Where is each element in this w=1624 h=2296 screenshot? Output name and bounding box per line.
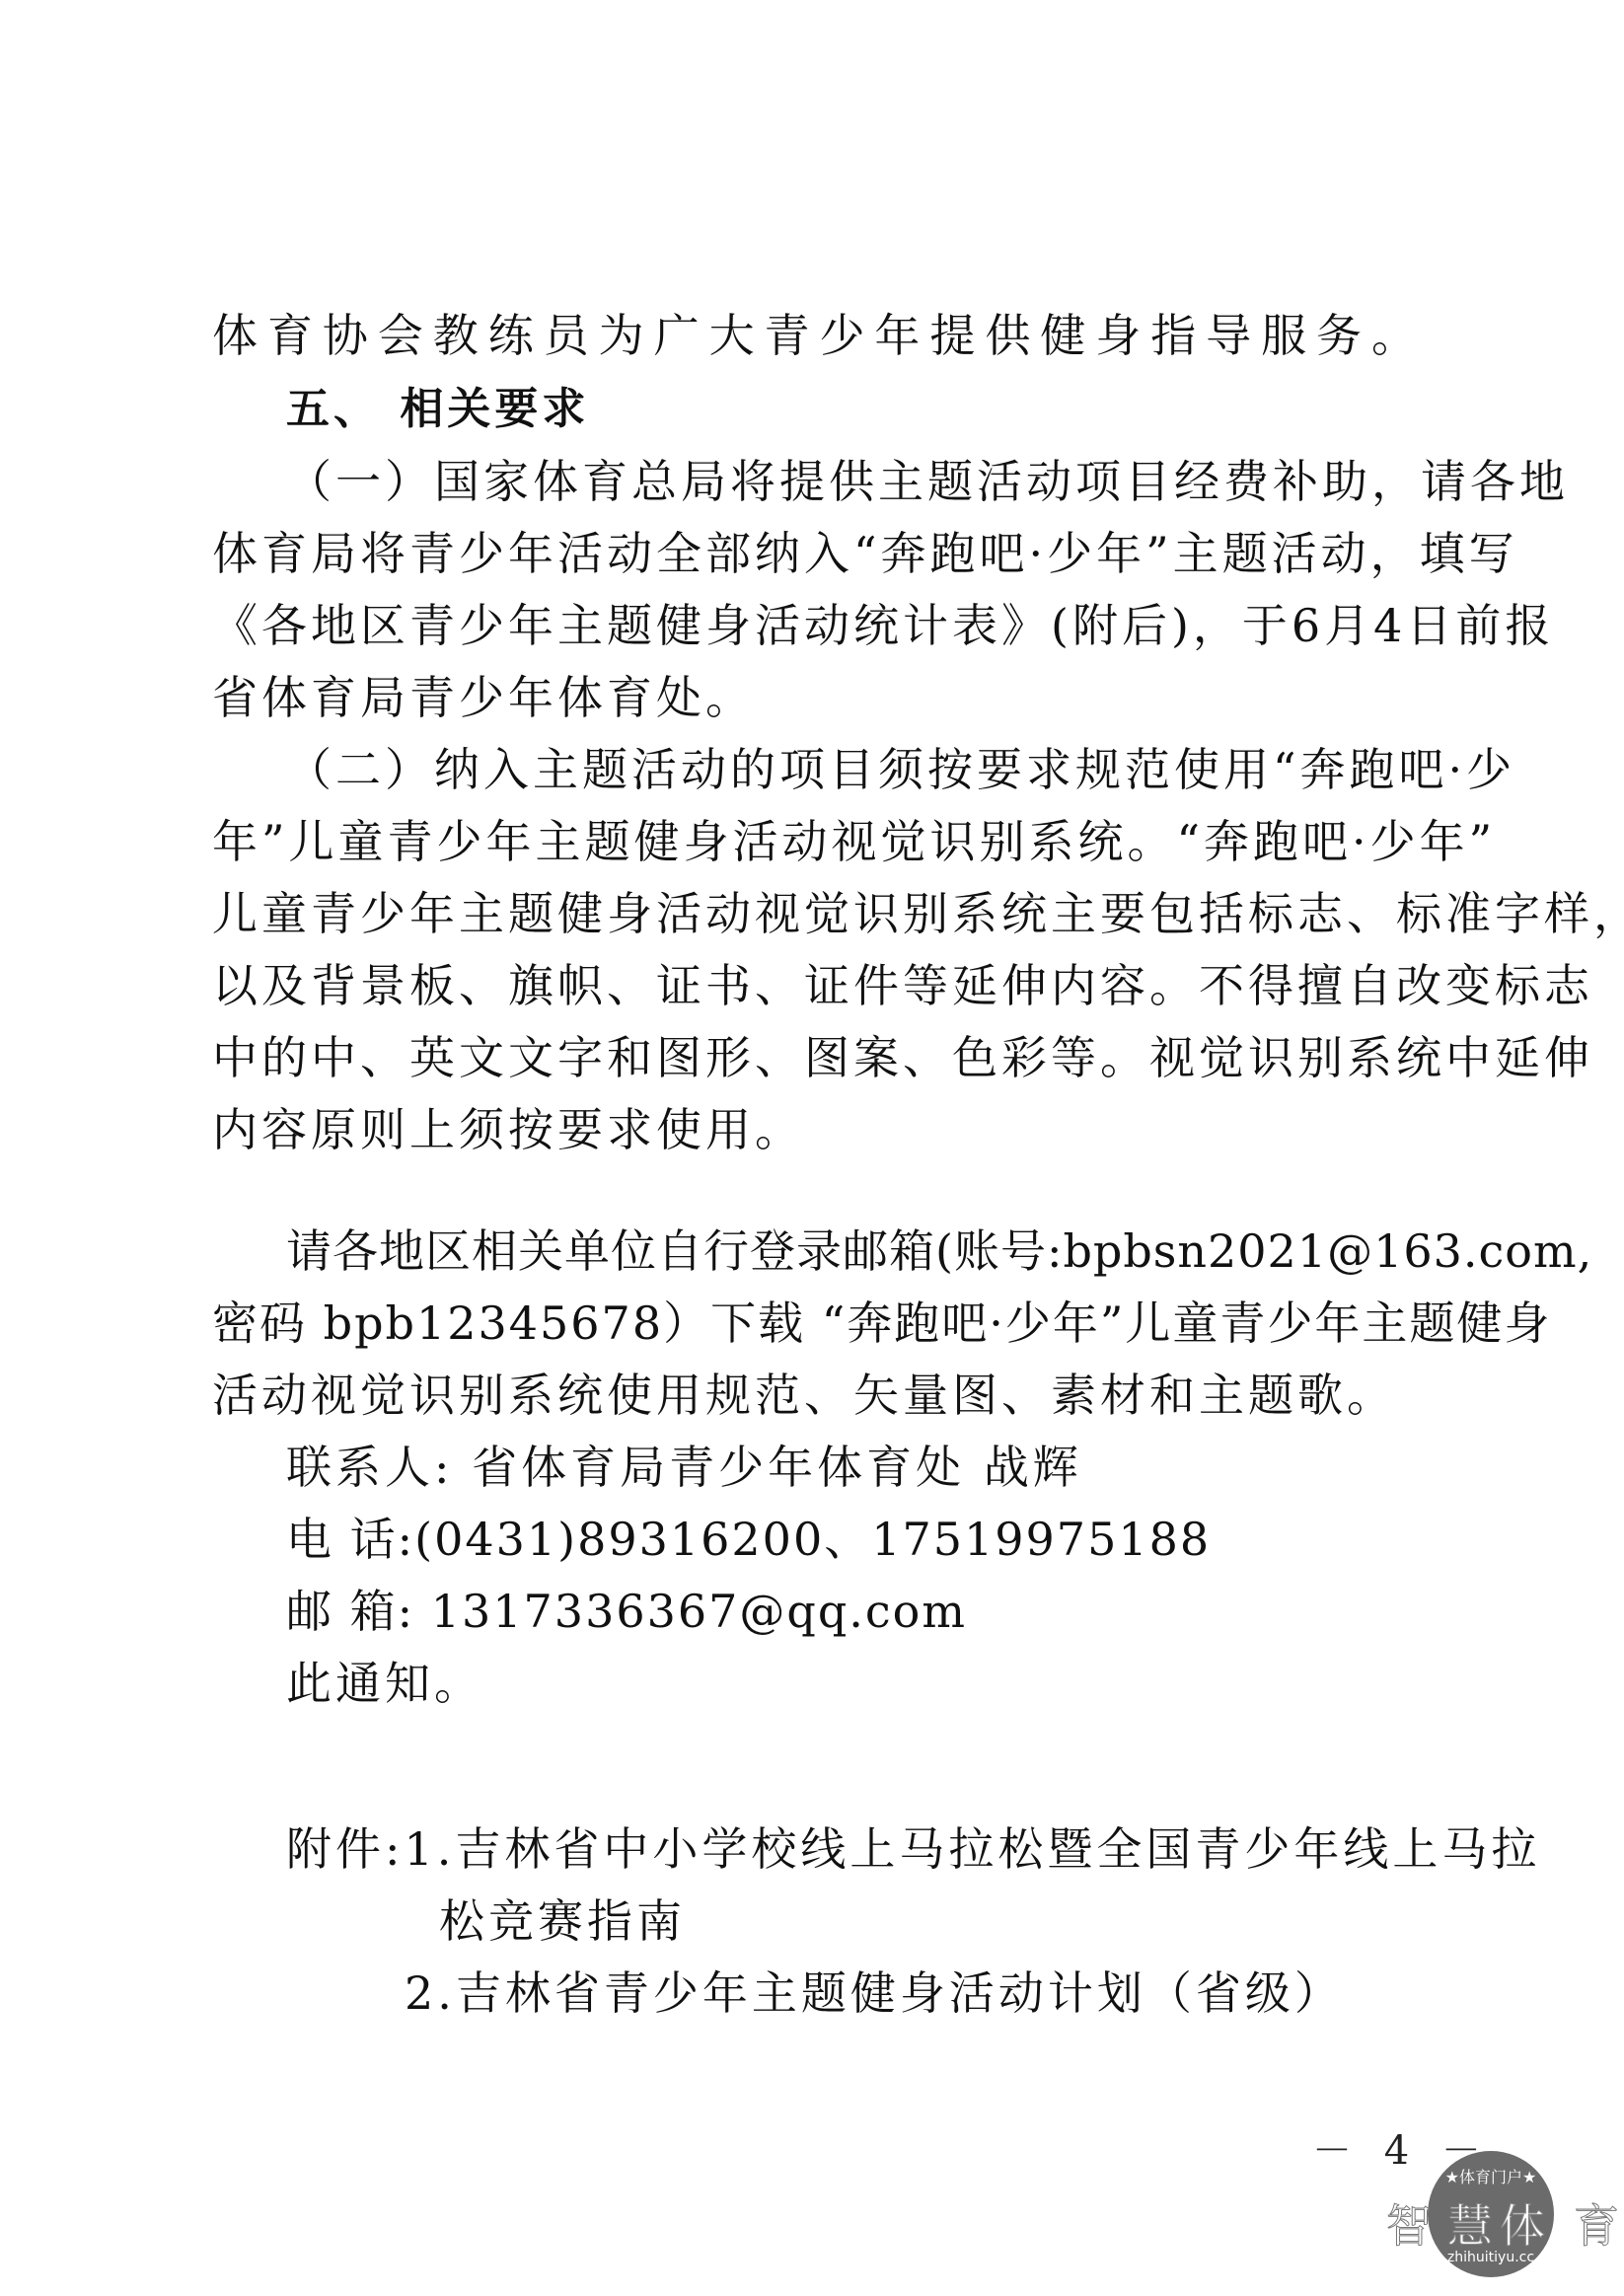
closing-line: 此通知。 [286, 1654, 1495, 1713]
watermark-url: zhihuitiyu.cc [1428, 2250, 1554, 2265]
paragraph-line: 密码 bpb12345678）下载 “奔跑吧·少年”儿童青少年主题健身 [212, 1294, 1421, 1353]
attachment-2: 2.吉林省青少年主题健身活动计划（省级） [405, 1963, 1613, 2023]
watermark-char: 慧 [1447, 2190, 1493, 2256]
attachment-1: 附件:1.吉林省中小学校线上马拉松暨全国青少年线上马拉 [286, 1819, 1421, 1879]
contact-phone: 电 话:(0431)89316200、17519975188 [286, 1510, 1495, 1569]
paragraph-line: 中的中、英文文字和图形、图案、色彩等。视觉识别系统中延伸 [212, 1028, 1421, 1087]
paragraph-line: 体育局将青少年活动全部纳入“奔跑吧·少年”主题活动，填写 [212, 524, 1421, 583]
watermark-char: 体 [1500, 2190, 1545, 2256]
paragraph-line: 省体育局青少年体育处。 [212, 668, 1421, 727]
paragraph-line: 以及背景板、旗帜、证书、证件等延伸内容。不得擅自改变标志 [212, 956, 1421, 1015]
contact-person: 联系人: 省体育局青少年体育处 战辉 [286, 1438, 1495, 1497]
attachment-1-cont: 松竞赛指南 [439, 1891, 1624, 1951]
paragraph-line: 活动视觉识别系统使用规范、矢量图、素材和主题歌。 [212, 1366, 1421, 1425]
watermark-logo: ★体育门户★ 智 慧 体 育 zhihuitiyu.cc [1386, 2151, 1624, 2296]
section-heading: 五、 相关要求 [286, 380, 1495, 439]
paragraph-line: （一）国家体育总局将提供主题活动项目经费补助，请各地 [286, 452, 1421, 511]
paragraph-line: 儿童青少年主题健身活动视觉识别系统主要包括标志、标准字样， [212, 884, 1421, 943]
watermark-char: 育 [1574, 2190, 1619, 2256]
watermark-top-text: ★体育门户★ [1428, 2165, 1554, 2187]
watermark-char: 智 [1386, 2190, 1432, 2256]
paragraph-line: 请各地区相关单位自行登录邮箱(账号:bpbsn2021@163.com, [286, 1222, 1421, 1281]
paragraph-line: 《各地区青少年主题健身活动统计表》(附后)，于6月4日前报 [212, 596, 1421, 655]
paragraph-line: 内容原则上须按要求使用。 [212, 1100, 1421, 1159]
paragraph-line: （二）纳入主题活动的项目须按要求规范使用“奔跑吧·少 [286, 740, 1421, 799]
paragraph-line: 年”儿童青少年主题健身活动视觉识别系统。“奔跑吧·少年” [212, 812, 1421, 871]
contact-email: 邮 箱: 1317336367@qq.com [286, 1582, 1495, 1641]
paragraph-line: 体育协会教练员为广大青少年提供健身指导服务。 [212, 306, 1421, 365]
